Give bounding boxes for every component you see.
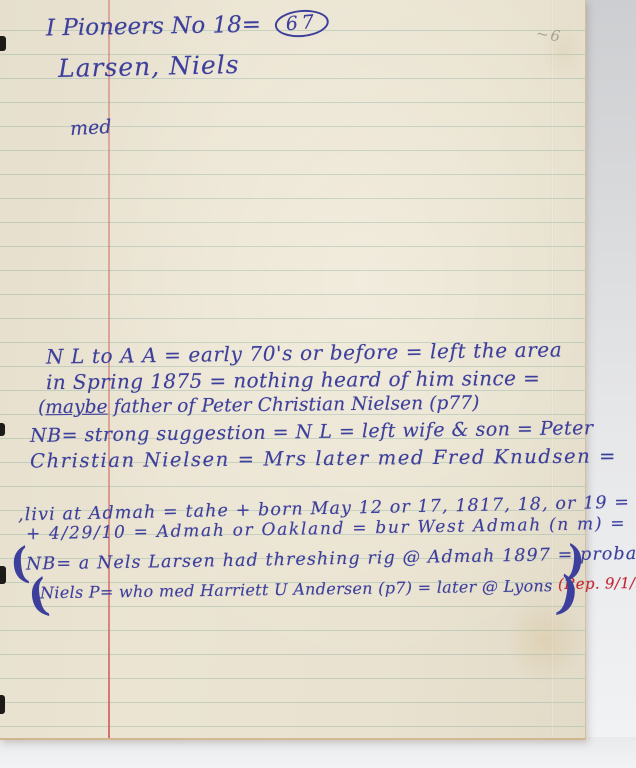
notebook-page: ~6 I Pioneers No 18=67 Larsen, Niels med… — [0, 0, 586, 740]
scan-artifact — [0, 695, 5, 714]
handwriting-line: in Spring 1875 = nothing heard of him si… — [46, 366, 540, 394]
collection-title-line: I Pioneers No 18=67 — [46, 11, 330, 44]
line-rest: father of Peter Christian Nielsen (p77) — [108, 393, 480, 418]
scanner-bed-bottom — [0, 737, 636, 768]
surname-line: Larsen, Niels — [58, 50, 240, 83]
scan-artifact — [0, 566, 6, 584]
scan-artifact — [0, 36, 6, 51]
scanner-bed-right — [584, 0, 636, 768]
collection-title: I Pioneers No 18= — [46, 12, 261, 42]
underlined-word: maybe — [45, 397, 108, 419]
pencil-mark: ~6 — [535, 24, 563, 45]
scanned-document: ~6 I Pioneers No 18=67 Larsen, Niels med… — [0, 0, 636, 768]
med-label: med — [69, 116, 112, 140]
circled-page-number: 67 — [274, 8, 330, 40]
scan-artifact — [0, 423, 5, 436]
